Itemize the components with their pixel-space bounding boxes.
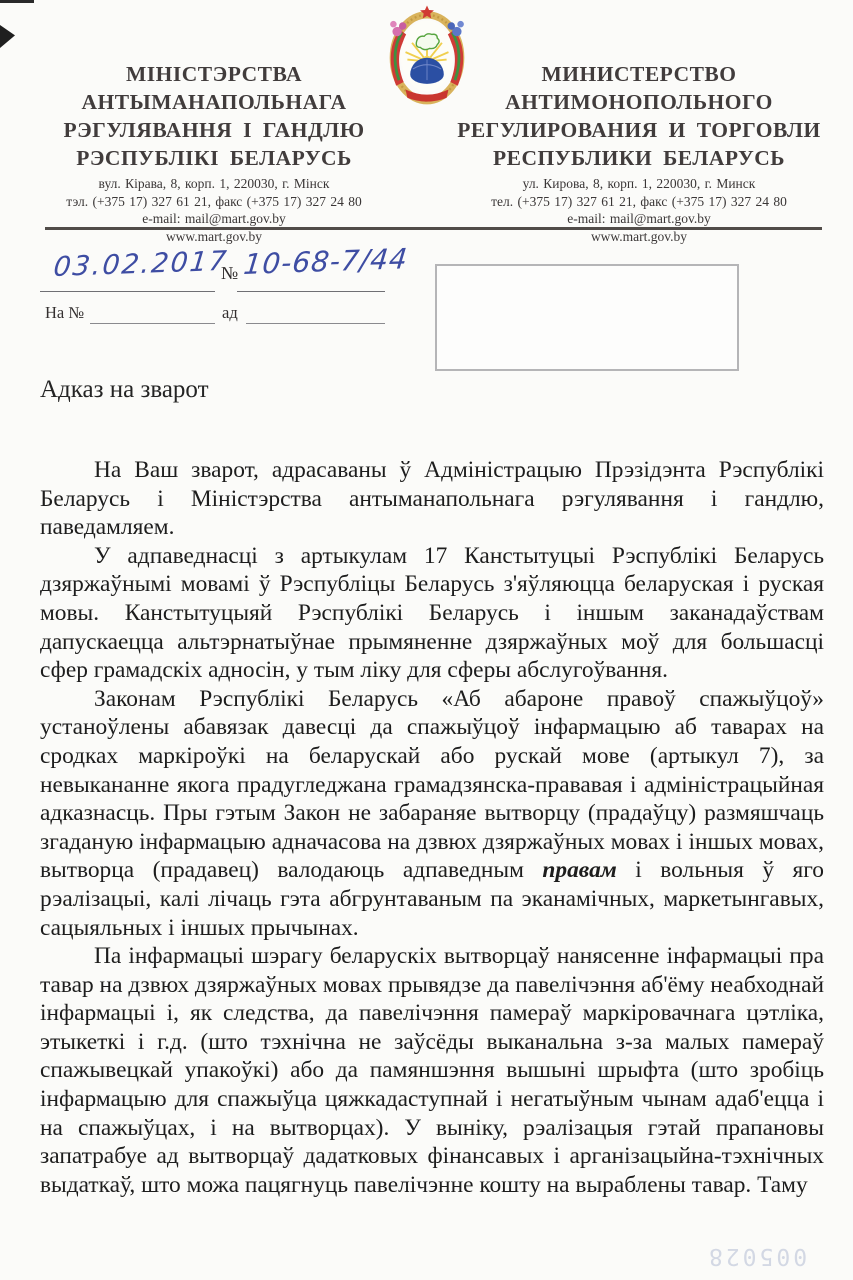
paragraph-text: Па інфармацыі шэрагу беларускіх вытворца…	[40, 943, 824, 1198]
paragraph: На Ваш зварот, адрасаваны ў Адміністрацы…	[40, 456, 824, 542]
reply-to-label: На №	[45, 303, 84, 323]
ministry-contacts-by: вул. Кірава, 8, корп. 1, 220030, г. Мінс…	[18, 175, 410, 245]
email-line: e-mail: mail@mart.gov.by	[443, 210, 835, 228]
letterhead-belarusian: МІНІСТЭРСТВА АНТЫМАНАПОЛЬНАГА РЭГУЛЯВАНН…	[18, 60, 410, 245]
ministry-name-by: МІНІСТЭРСТВА АНТЫМАНАПОЛЬНАГА РЭГУЛЯВАНН…	[18, 60, 410, 172]
reply-number-blank	[90, 323, 215, 324]
website-line: www.mart.gov.by	[18, 228, 410, 246]
number-label: №	[221, 263, 238, 284]
emphasized-word: правам	[542, 857, 616, 883]
addressee-box	[435, 264, 739, 371]
paragraph: Законам Рэспублікі Беларусь «Аб абароне …	[40, 685, 824, 942]
faint-registration-stamp: 005028	[706, 1243, 807, 1269]
phone-line: тел. (+375 17) 327 61 21, факс (+375 17)…	[443, 193, 835, 211]
number-underline	[237, 291, 385, 292]
letterhead-divider	[45, 227, 822, 230]
ministry-name-ru: МИНИСТЕРСТВО АНТИМОНОПОЛЬНОГО РЕГУЛИРОВА…	[443, 60, 835, 172]
paragraph-text: У адпаведнасці з артыкулам 17 Канстытуцы…	[40, 543, 824, 683]
address-line: вул. Кірава, 8, корп. 1, 220030, г. Мінс…	[18, 175, 410, 193]
subject-line: Адказ на зварот	[40, 376, 209, 404]
website-line: www.mart.gov.by	[443, 228, 835, 246]
ministry-contacts-ru: ул. Кирова, 8, корп. 1, 220030, г. Минск…	[443, 175, 835, 245]
paragraph: У адпаведнасці з артыкулам 17 Канстытуцы…	[40, 542, 824, 685]
reply-from-label: ад	[222, 303, 238, 323]
handwritten-date: 03.02.2017	[52, 246, 230, 283]
paragraph-text: Законам Рэспублікі Беларусь «Аб абароне …	[40, 686, 824, 884]
letterhead-russian: МИНИСТЕРСТВО АНТИМОНОПОЛЬНОГО РЕГУЛИРОВА…	[443, 60, 835, 245]
email-line: e-mail: mail@mart.gov.by	[18, 210, 410, 228]
ministry-name-line: РЕГУЛИРОВАНИЯ И ТОРГОВЛИ	[443, 116, 835, 144]
scan-corner-artifact	[0, 25, 15, 48]
ministry-name-line: МІНІСТЭРСТВА	[18, 60, 410, 88]
reply-date-blank	[246, 323, 385, 324]
ministry-name-line: РЭСПУБЛІКІ БЕЛАРУСЬ	[18, 144, 410, 172]
paragraph: Па інфармацыі шэрагу беларускіх вытворца…	[40, 942, 824, 1199]
address-line: ул. Кирова, 8, корп. 1, 220030, г. Минск	[443, 175, 835, 193]
ministry-name-line: АНТИМОНОПОЛЬНОГО	[443, 88, 835, 116]
scanned-letter-page: МІНІСТЭРСТВА АНТЫМАНАПОЛЬНАГА РЭГУЛЯВАНН…	[0, 0, 853, 1280]
date-underline	[40, 291, 215, 292]
ministry-name-line: РЭГУЛЯВАННЯ І ГАНДЛЮ	[18, 116, 410, 144]
ministry-name-line: АНТЫМАНАПОЛЬНАГА	[18, 88, 410, 116]
paragraph-text: На Ваш зварот, адрасаваны ў Адміністрацы…	[40, 457, 824, 540]
ministry-name-line: МИНИСТЕРСТВО	[443, 60, 835, 88]
scan-edge-artifact	[0, 0, 34, 3]
phone-line: тэл. (+375 17) 327 61 21, факс (+375 17)…	[18, 193, 410, 211]
handwritten-number: 10-68-7/44	[242, 242, 410, 281]
ministry-name-line: РЕСПУБЛИКИ БЕЛАРУСЬ	[443, 144, 835, 172]
letter-body: На Ваш зварот, адрасаваны ў Адміністрацы…	[40, 456, 824, 1199]
